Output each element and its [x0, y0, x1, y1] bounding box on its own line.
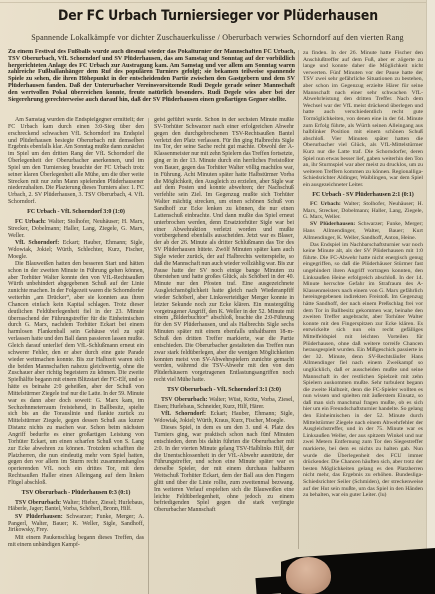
- team-lineup: FC Urbach: Walter; Stolhofer, Neuhäuser;…: [8, 219, 144, 240]
- team-lineup: TSV Oberurbach: Walter; Hieber, Ziesel; …: [8, 500, 144, 514]
- team-name: VfL Schorndorf:: [161, 411, 206, 417]
- article-subhead: Spannende Lokalkämpfe vor dichter Zuscha…: [10, 33, 425, 42]
- column-rule-right: [298, 50, 299, 549]
- match-result-heading: FC Urbach - SV Plüderhausen 2:1 (0:1): [303, 192, 423, 199]
- team-lineup: VfL Schorndorf: Eckart; Hauber, Ehmann; …: [154, 411, 294, 425]
- team-lineup: SV Plüderhausen: Schwarzer; Funke, Merge…: [303, 221, 423, 241]
- match-result-heading: FC Urbach - VfL Schorndorf 3:0 (1:0): [8, 209, 144, 216]
- clipping-edge: [426, 0, 435, 549]
- article-paragraph: zu finden. In der 26. Minute hatte Fisch…: [303, 50, 423, 188]
- article-paragraph: Die Blauweißen hatten den besseren Start…: [8, 261, 144, 487]
- team-name: FC Urbach:: [310, 201, 341, 207]
- team-lineup: TSV Oberurbach: Walter; Wüst, Krötz, Vor…: [154, 397, 294, 411]
- article-headline-text: Der FC Urbach Turniersieger vor Plüderha…: [58, 8, 378, 24]
- thumb-artifact: [286, 557, 331, 594]
- team-name: SV Plüderhausen:: [310, 221, 355, 227]
- team-name: TSV Oberurbach:: [161, 397, 207, 403]
- article-lead-paragraph: Zu einem Festival des Fußballs wurde auc…: [8, 49, 295, 115]
- newspaper-clipping: Der FC Urbach Turniersieger vor Plüderha…: [0, 0, 435, 594]
- team-lineup: FC Urbach: Walter; Stolhofer, Neuhäuser;…: [303, 201, 423, 221]
- article-paragraph: Dieses Spiel, in dem es um den 3. und 4.…: [154, 425, 294, 514]
- team-name: FC Urbach:: [15, 219, 46, 225]
- article-column-middle: geist geführt wurde. Schon in der sechst…: [154, 117, 294, 594]
- team-lineup: SV Plüderhausen: Schwarzer; Funke, Merge…: [8, 514, 144, 535]
- team-name: SV Plüderhausen:: [15, 514, 63, 520]
- top-rule: [0, 2, 435, 3]
- article-column-right: zu finden. In der 26. Minute hatte Fisch…: [303, 50, 423, 549]
- match-result-heading: TSV Oberurbach - VfL Schorndorf 3:1 (3:0…: [154, 387, 294, 394]
- team-name: VfL Schorndorf:: [15, 240, 59, 246]
- article-headline: Der FC Urbach Turniersieger vor Plüderha…: [0, 8, 435, 24]
- article-paragraph: Das Endspiel im Nachbarschaftsturnier wa…: [303, 242, 423, 499]
- article-paragraph: Am Samstag wurden die Endspielgegner erm…: [8, 117, 144, 206]
- article-paragraph: geist geführt wurde. Schon in der sechst…: [154, 117, 294, 384]
- team-lineup: VfL Schorndorf: Eckart; Hauber, Ehmann; …: [8, 240, 144, 261]
- team-name: TSV Oberurbach:: [15, 500, 61, 506]
- article-paragraph: Mit einem Paukenschlag begann dieses Tre…: [8, 535, 144, 549]
- photo-fragment-corner: [255, 576, 286, 594]
- article-column-left: Am Samstag wurden die Endspielgegner erm…: [8, 117, 144, 594]
- match-result-heading: TSV Oberurbach - Plüderhausen 0:3 (0:1): [8, 490, 144, 497]
- column-rule-left: [148, 118, 149, 594]
